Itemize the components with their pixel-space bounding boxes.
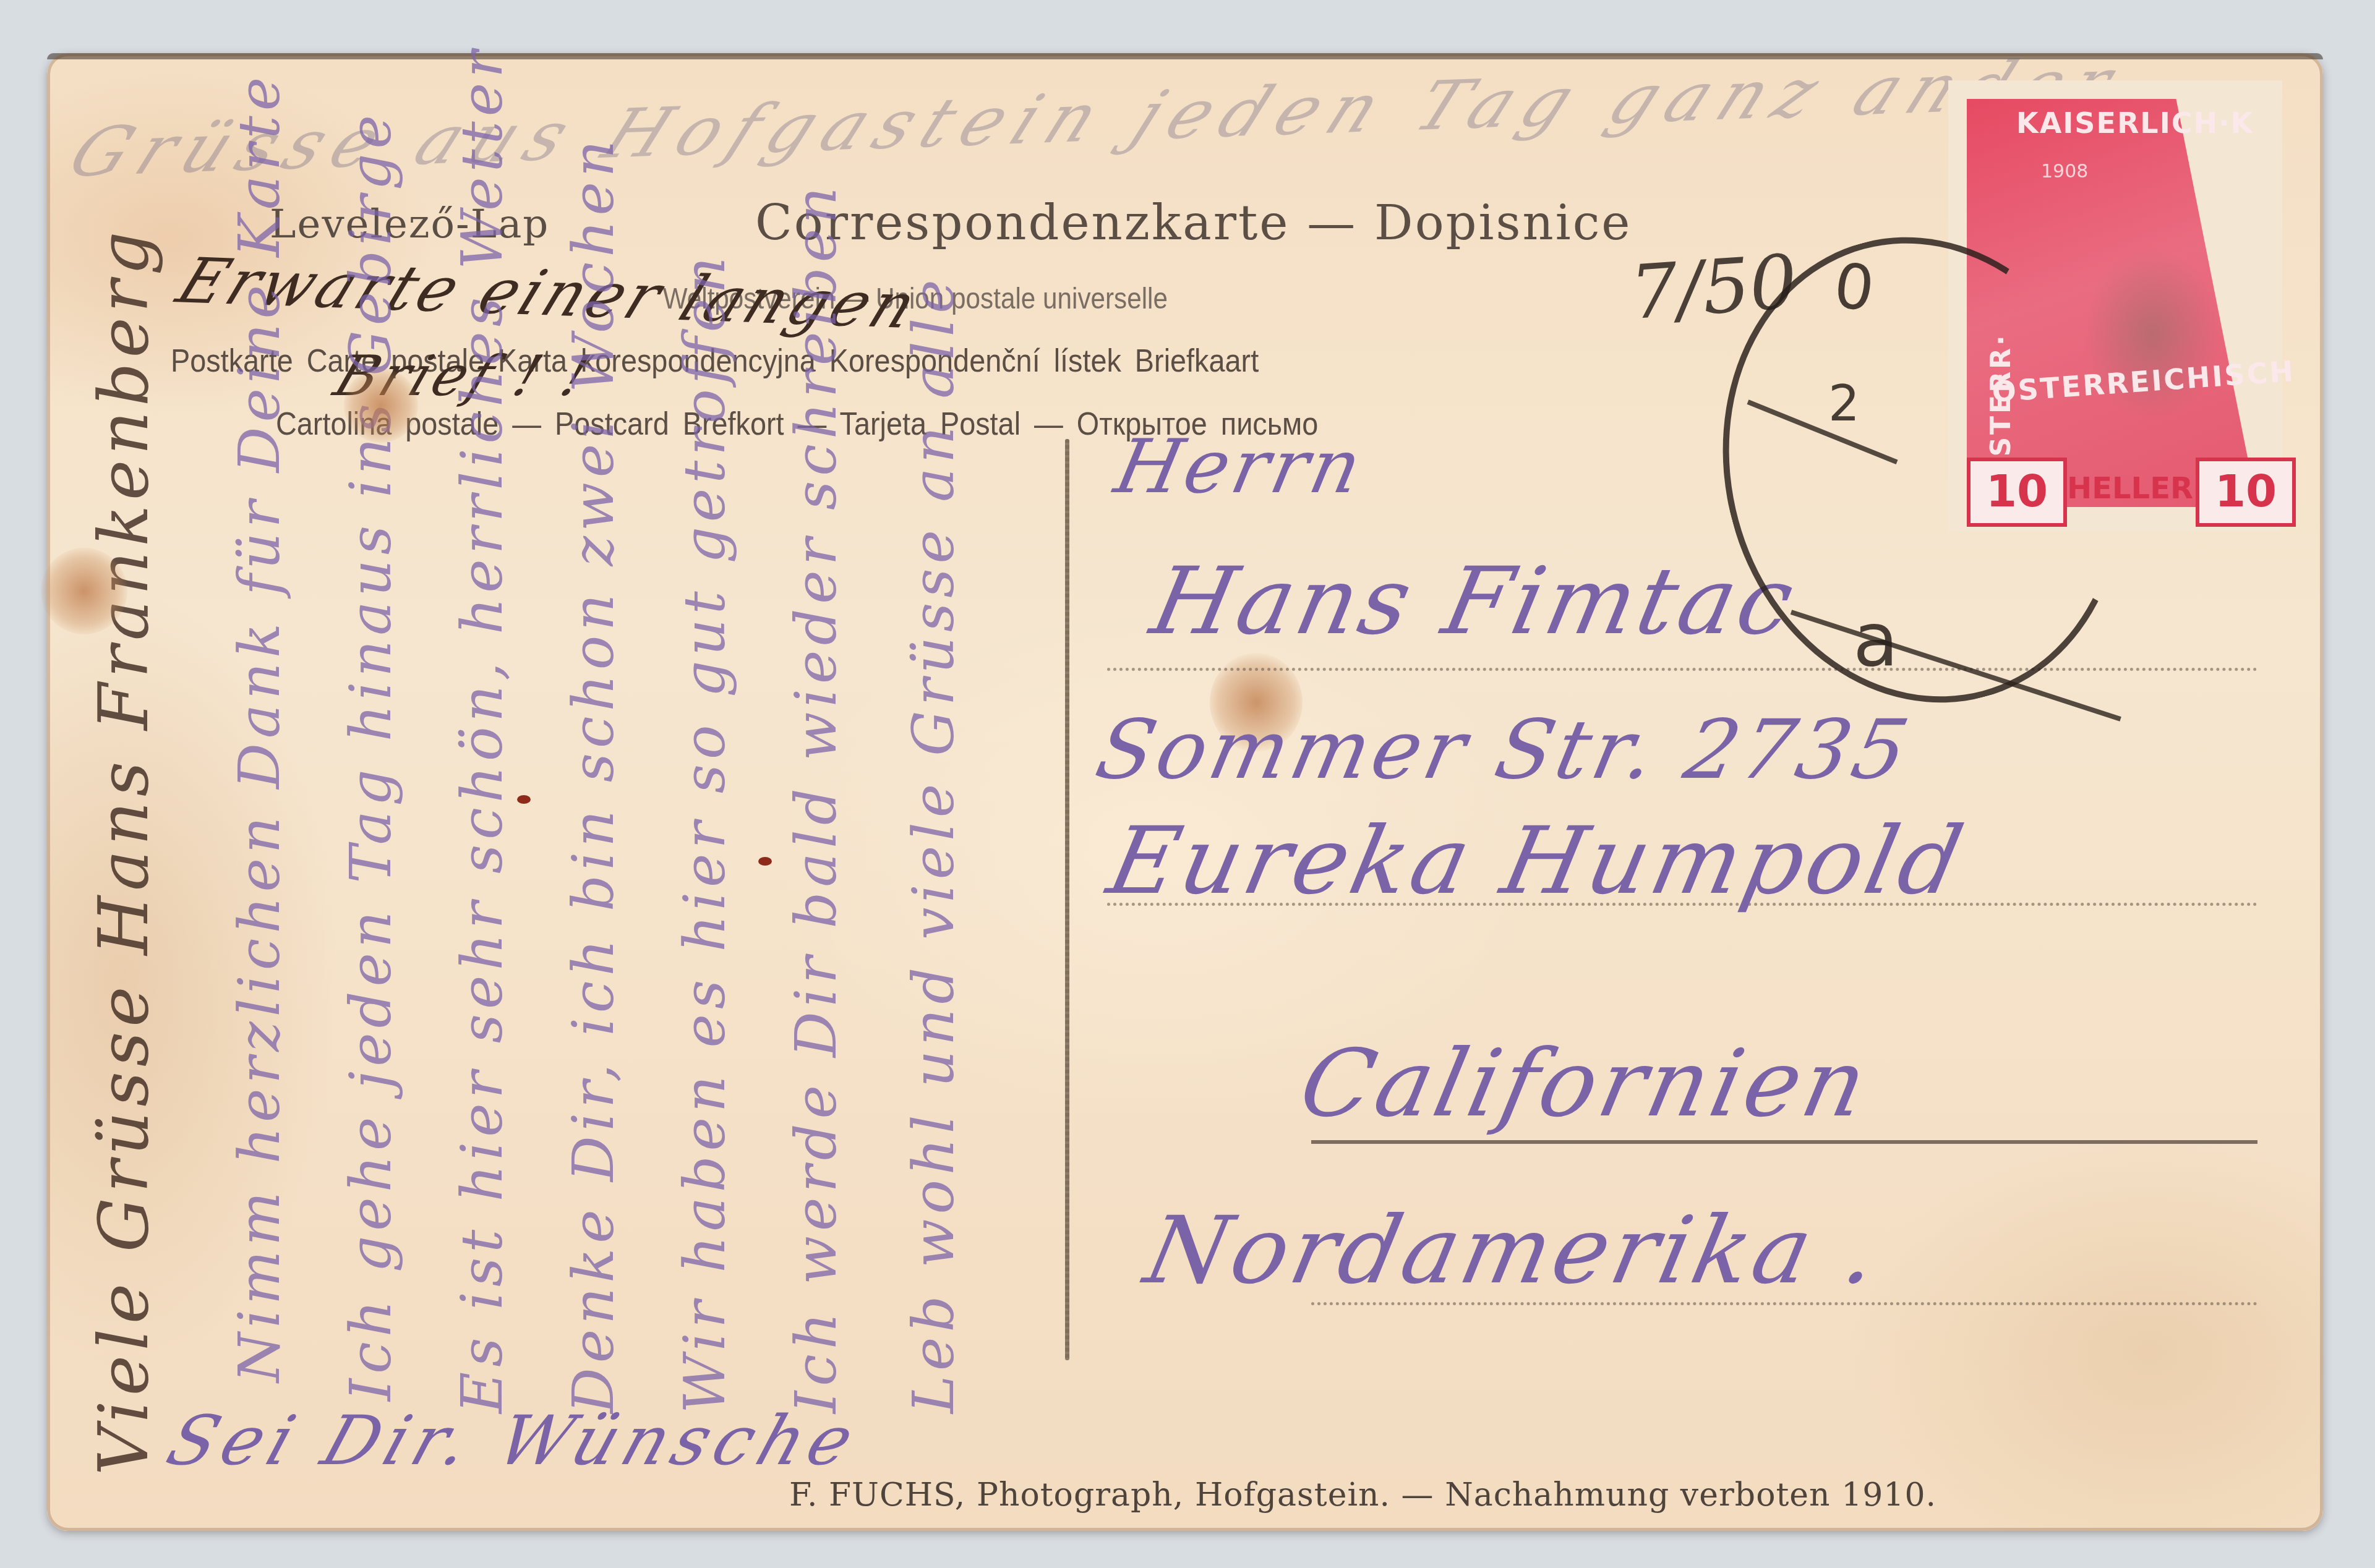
address-country: Nordamerika .: [1137, 1197, 1891, 1305]
address-line-1: [1107, 668, 2257, 671]
address-state: Californien: [1291, 1030, 1880, 1138]
stain: [344, 369, 418, 443]
header-title: Correspondenzkarte — Dopisnice: [755, 195, 1632, 251]
postmark-date: 2: [1828, 375, 1860, 432]
address-name: Hans Fimtac: [1143, 548, 1807, 655]
message-column: Nimm herzlichen Dank für Deine Karte: [226, 72, 293, 1383]
ink-spot: [517, 795, 531, 804]
message-column: Es ist hier sehr schön, herrliches Wette…: [449, 46, 515, 1413]
address-city: Eureka Humpold: [1100, 807, 1975, 915]
stamp-year: 1908: [2041, 161, 2088, 182]
stamp-country-top: KAISERLICH·K: [2016, 106, 2254, 140]
message-column: Ich gehe jeden Tag hinaus ins Gebirge: [338, 110, 404, 1401]
address-street: Sommer Str. 2735: [1089, 702, 1920, 798]
address-line-3: [1311, 1140, 2257, 1144]
left-margin-text: Viele Grüsse Hans Frankenberg: [84, 227, 163, 1476]
postcard-back: Grüsse aus Hofgastein jeden Tag ganz and…: [47, 53, 2323, 1531]
address-salutation: Herrn: [1108, 424, 1372, 510]
postmark-letter: a: [1853, 597, 1899, 683]
message-closing: Sei Dir. Wünsche: [158, 1401, 869, 1480]
stain: [41, 548, 127, 634]
stamp-value-right: 10: [2196, 458, 2296, 527]
message-column: Denke Dir, ich bin schon zwei Wochen: [560, 135, 627, 1413]
message-column: Leb wohl und viele Grüsse an alle: [901, 275, 967, 1413]
message-column: Wir haben es hier so gut getroffen: [672, 252, 738, 1413]
ink-spot: [758, 857, 772, 866]
message-column: Ich werde Dir bald wieder schreiben: [783, 182, 849, 1413]
message-address-divider: [1065, 439, 1069, 1360]
publisher-footer: F. FUCHS, Photograph, Hofgastein. — Nach…: [789, 1476, 1936, 1514]
